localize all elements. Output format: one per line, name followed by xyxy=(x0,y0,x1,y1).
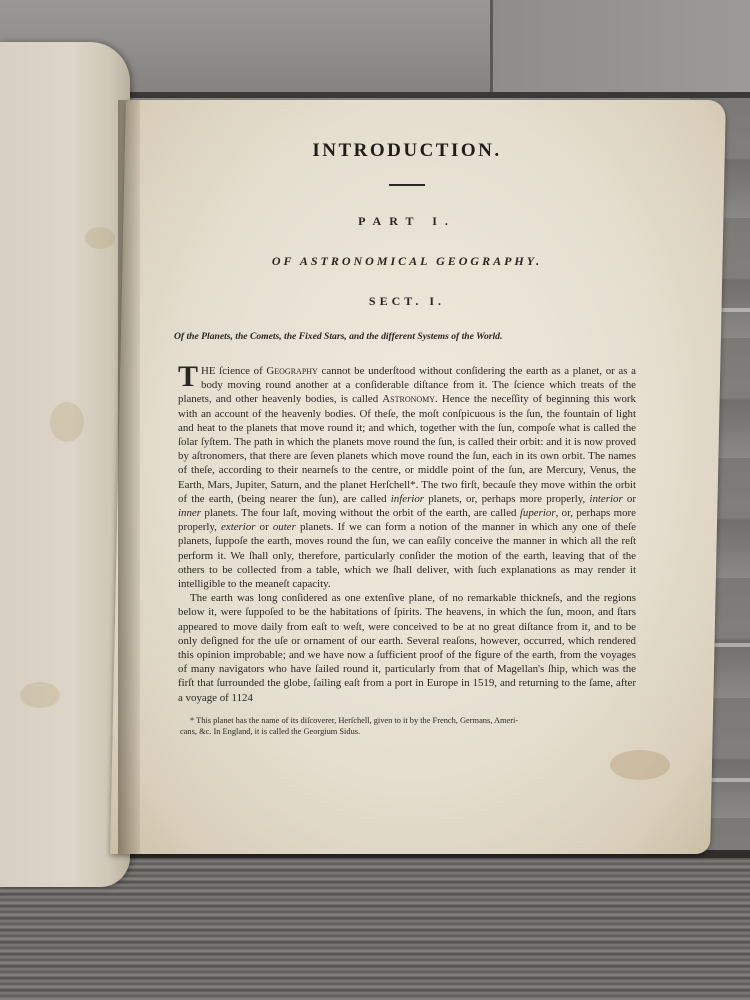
part-heading: PART I. xyxy=(178,214,636,229)
body-text: THE ſcience of Geography cannot be under… xyxy=(178,364,636,705)
wood-plank-top-right xyxy=(493,0,750,95)
section-heading: Of the Planets, the Comets, the Fixed St… xyxy=(174,331,636,342)
page-content: INTRODUCTION. PART I. OF ASTRONOMICAL GE… xyxy=(178,140,636,737)
footnote-line: cans, &c. In England, it is called the G… xyxy=(180,726,636,737)
left-page-curled xyxy=(0,42,130,887)
page-stain xyxy=(20,682,60,708)
page-stain xyxy=(610,750,670,780)
paragraph-1: THE ſcience of Geography cannot be under… xyxy=(178,364,636,591)
paragraph-2: The earth was long conſidered as one ext… xyxy=(178,591,636,705)
page-stain xyxy=(85,227,115,249)
title-rule xyxy=(389,184,425,186)
section-number: SECT. I. xyxy=(178,294,636,309)
page-stain xyxy=(50,402,84,442)
drop-cap: T xyxy=(178,364,198,390)
page-title: INTRODUCTION. xyxy=(178,140,636,162)
footnote-line: * This planet has the name of its diſcov… xyxy=(180,715,636,726)
subject-heading: OF ASTRONOMICAL GEOGRAPHY. xyxy=(178,254,636,269)
book-gutter-shadow xyxy=(118,100,140,854)
footnote: * This planet has the name of its diſcov… xyxy=(178,715,636,737)
